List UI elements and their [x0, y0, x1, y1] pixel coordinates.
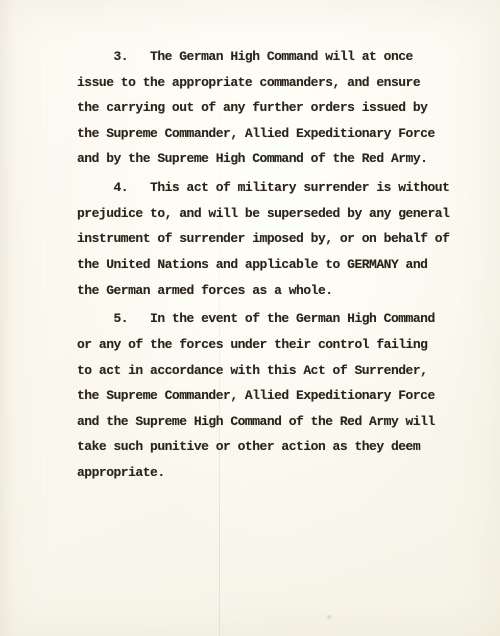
- paper-speck: [326, 614, 332, 620]
- paper-edge-shading: [0, 0, 14, 636]
- typewritten-text-block: 3. The German High Command will at once …: [77, 44, 470, 489]
- document-page: 3. The German High Command will at once …: [0, 0, 500, 636]
- paragraph: 3. The German High Command will at once …: [77, 44, 470, 172]
- paragraph: 5. In the event of the German High Comma…: [77, 306, 470, 485]
- paragraph: 4. This act of military surrender is wit…: [77, 175, 470, 303]
